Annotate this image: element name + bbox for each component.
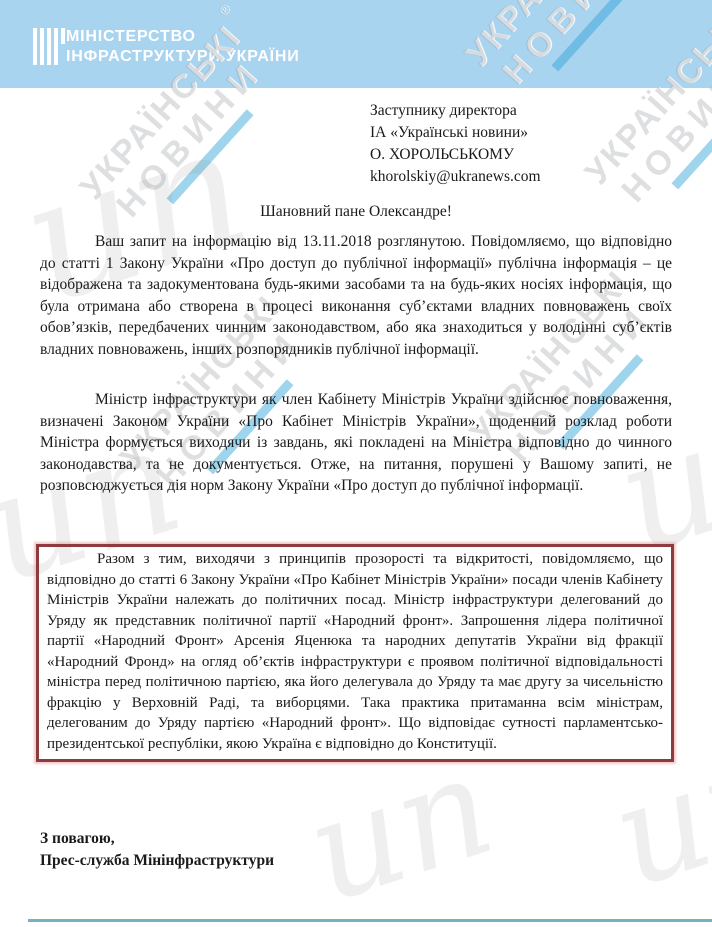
watermark-blue-strip xyxy=(166,110,253,205)
recipient-block: Заступнику директора ІА «Українські нови… xyxy=(370,100,541,188)
ministry-logo-icon xyxy=(33,28,68,65)
salutation: Шановний пане Олександре! xyxy=(0,203,712,221)
recipient-organization: ІА «Українські новини» xyxy=(370,122,541,144)
signature-block: З повагою, Прес-служба Мінінфраструктури xyxy=(40,828,274,872)
paragraph-2: Міністр інфраструктури як член Кабінету … xyxy=(40,389,672,497)
signature-author: Прес-служба Мінінфраструктури xyxy=(40,850,274,872)
logo-bar xyxy=(33,28,37,65)
logo-bar xyxy=(54,28,58,65)
watermark-script-glyph: ип xyxy=(293,736,508,925)
recipient-email: khorolskiy@ukranews.com xyxy=(370,166,541,188)
paragraph-1: Ваш запит на інформацію від 13.11.2018 р… xyxy=(40,231,672,360)
ministry-header-band: МІНІСТЕРСТВО ІНФРАСТРУКТУРИ УКРАЇНИ xyxy=(0,0,712,88)
ministry-name: МІНІСТЕРСТВО ІНФРАСТРУКТУРИ УКРАЇНИ xyxy=(66,27,300,67)
signature-closing: З повагою, xyxy=(40,828,274,850)
logo-bar xyxy=(47,28,51,65)
ministry-name-line1: МІНІСТЕРСТВО xyxy=(66,27,300,47)
logo-bar xyxy=(40,28,44,65)
ministry-name-line2: ІНФРАСТРУКТУРИ УКРАЇНИ xyxy=(66,47,300,67)
logo-bar-short xyxy=(61,28,65,44)
footer-line xyxy=(28,919,712,922)
recipient-title: Заступнику директора xyxy=(370,100,541,122)
watermark-blue-strip xyxy=(671,95,712,190)
recipient-name: О. ХОРОЛЬСЬКОМУ xyxy=(370,144,541,166)
highlighted-paragraph: Разом з тим, виходячи з принципів прозор… xyxy=(47,549,663,754)
highlighted-paragraph-box: Разом з тим, виходячи з принципів прозор… xyxy=(36,544,674,762)
letter-page: МІНІСТЕРСТВО ІНФРАСТРУКТУРИ УКРАЇНИ ® УК… xyxy=(0,0,712,927)
